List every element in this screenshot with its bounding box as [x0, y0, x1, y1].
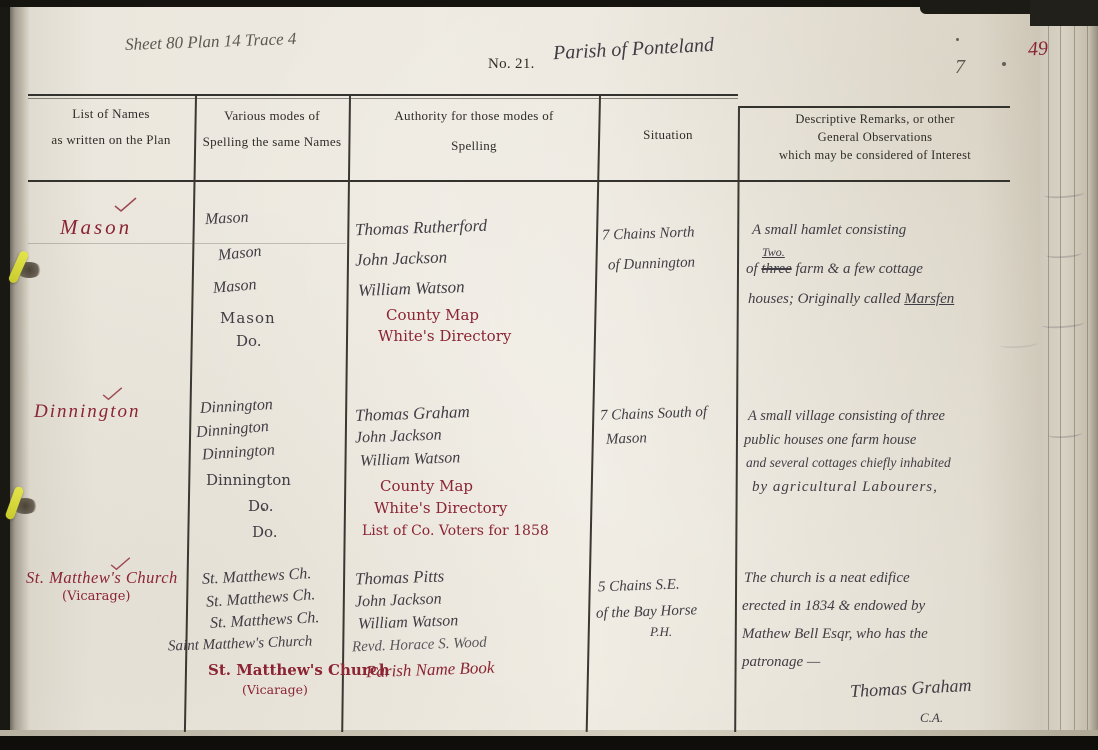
col-header-spelling-line2: Spelling the same Names: [198, 134, 346, 150]
stacked-page-edges: [1040, 0, 1098, 750]
row2-spelling: Do.: [252, 523, 278, 541]
table-top-rule-inner: [28, 98, 738, 99]
row3-remark-line: patronage —: [742, 654, 820, 671]
row3-name-sub: (Vicarage): [62, 589, 130, 604]
row1-authority: John Jackson: [355, 247, 448, 270]
row3-name: St. Matthew's Church: [26, 568, 178, 588]
page-edge-line: [1048, 0, 1049, 750]
row3-situation: of the Bay Horse: [596, 602, 698, 623]
row2-authority: William Watson: [360, 449, 461, 470]
row3-authority: John Jackson: [355, 590, 442, 611]
remark-text: of: [746, 261, 761, 277]
paper-speck: [956, 38, 959, 41]
row2-name: Dinnington: [34, 401, 141, 423]
col-header-names-line1: List of Names: [30, 106, 192, 122]
table-top-rule-remarks: [738, 106, 1010, 108]
col-header-remarks-line2: General Observations: [742, 130, 1008, 145]
faint-baseline: [28, 243, 346, 244]
row2-remark-line: and several cottages chiefly inhabited: [746, 455, 951, 471]
row3-spelling: St. Matthew's Church: [208, 661, 390, 679]
row1-situation: of Dunnington: [608, 254, 696, 274]
page-edge-line: [1087, 0, 1088, 750]
page-binding-edge: [10, 4, 30, 732]
col-header-authority-line1: Authority for those modes of: [352, 108, 596, 124]
row2-authority: John Jackson: [355, 426, 442, 447]
row3-remark-line: The church is a neat edifice: [744, 570, 910, 587]
row1-spelling: Do.: [236, 332, 262, 350]
row1-remark-line: A small hamlet consisting: [752, 222, 906, 239]
row1-remark-line: of three farm & a few cottage: [746, 261, 923, 278]
row2-remark-line: public houses one farm house: [744, 432, 916, 449]
row1-remark-insertion: Two.: [762, 245, 785, 260]
page-number: 7: [955, 56, 965, 79]
photo-bottom-edge: [0, 736, 1098, 750]
col-header-spelling-line1: Various modes of: [198, 108, 346, 124]
surveyor-credential: C.A.: [920, 710, 943, 726]
entry-number-label: No. 21.: [488, 56, 535, 73]
row1-spelling: Mason: [205, 209, 249, 229]
struck-word: three: [761, 261, 791, 277]
row3-situation: 5 Chains S.E.: [598, 577, 680, 597]
col-header-remarks-line1: Descriptive Remarks, or other: [742, 112, 1008, 127]
checkmark-icon: [112, 196, 138, 214]
checkmark-icon: [100, 386, 124, 402]
underlined-word: Marsfen: [904, 291, 954, 307]
table-top-rule: [28, 94, 738, 96]
remark-text: houses; Originally called: [748, 291, 904, 307]
row3-spelling: (Vicarage): [242, 682, 308, 697]
row2-remark-line: A small village consisting of three: [748, 408, 945, 425]
col-header-authority-line2: Spelling: [352, 138, 596, 154]
row1-authority: White's Directory: [378, 327, 511, 345]
row1-authority: County Map: [386, 306, 479, 324]
col-header-names-line2: as written on the Plan: [30, 132, 192, 148]
row3-authority: Thomas Pitts: [355, 566, 445, 589]
page-edge-line: [1060, 0, 1061, 750]
photo-top-edge: [1030, 0, 1098, 26]
row1-name: Mason: [60, 215, 132, 240]
row1-situation: 7 Chains North: [602, 224, 695, 244]
row2-situation: Mason: [606, 430, 647, 448]
row1-authority: William Watson: [358, 277, 465, 301]
folio-number: 49: [1027, 37, 1049, 61]
col-header-remarks-line3: which may be considered of Interest: [742, 148, 1008, 163]
scanned-name-book-page: Sheet 80 Plan 14 Trace 4 No. 21. Parish …: [0, 0, 1098, 750]
row2-authority: White's Directory: [374, 499, 507, 517]
row1-spelling: Mason: [212, 276, 257, 298]
remark-text: farm & a few cottage: [792, 261, 923, 277]
row2-spelling: Dinnington: [200, 396, 274, 418]
row3-remark-line: erected in 1834 & endowed by: [742, 598, 925, 615]
table-header-bottom-rule: [28, 180, 1010, 182]
col-header-situation: Situation: [600, 127, 736, 143]
row2-remark-line: by agricultural Labourers,: [752, 479, 938, 496]
row3-situation: P.H.: [650, 624, 672, 640]
row3-authority: William Watson: [358, 612, 459, 633]
row2-authority: List of Co. Voters for 1858: [362, 523, 549, 539]
row2-spelling: Do.: [248, 497, 274, 515]
row2-spelling: Dinnington: [206, 471, 291, 489]
page-edge-line: [1074, 0, 1075, 750]
row2-authority: County Map: [380, 477, 473, 495]
row2-authority: Thomas Graham: [355, 402, 470, 426]
row1-remark-line: houses; Originally called Marsfen: [748, 291, 954, 308]
paper-speck: [1002, 62, 1006, 66]
row3-remark-line: Mathew Bell Esqr, who has the: [742, 626, 928, 643]
row1-spelling: Mason: [220, 309, 276, 327]
